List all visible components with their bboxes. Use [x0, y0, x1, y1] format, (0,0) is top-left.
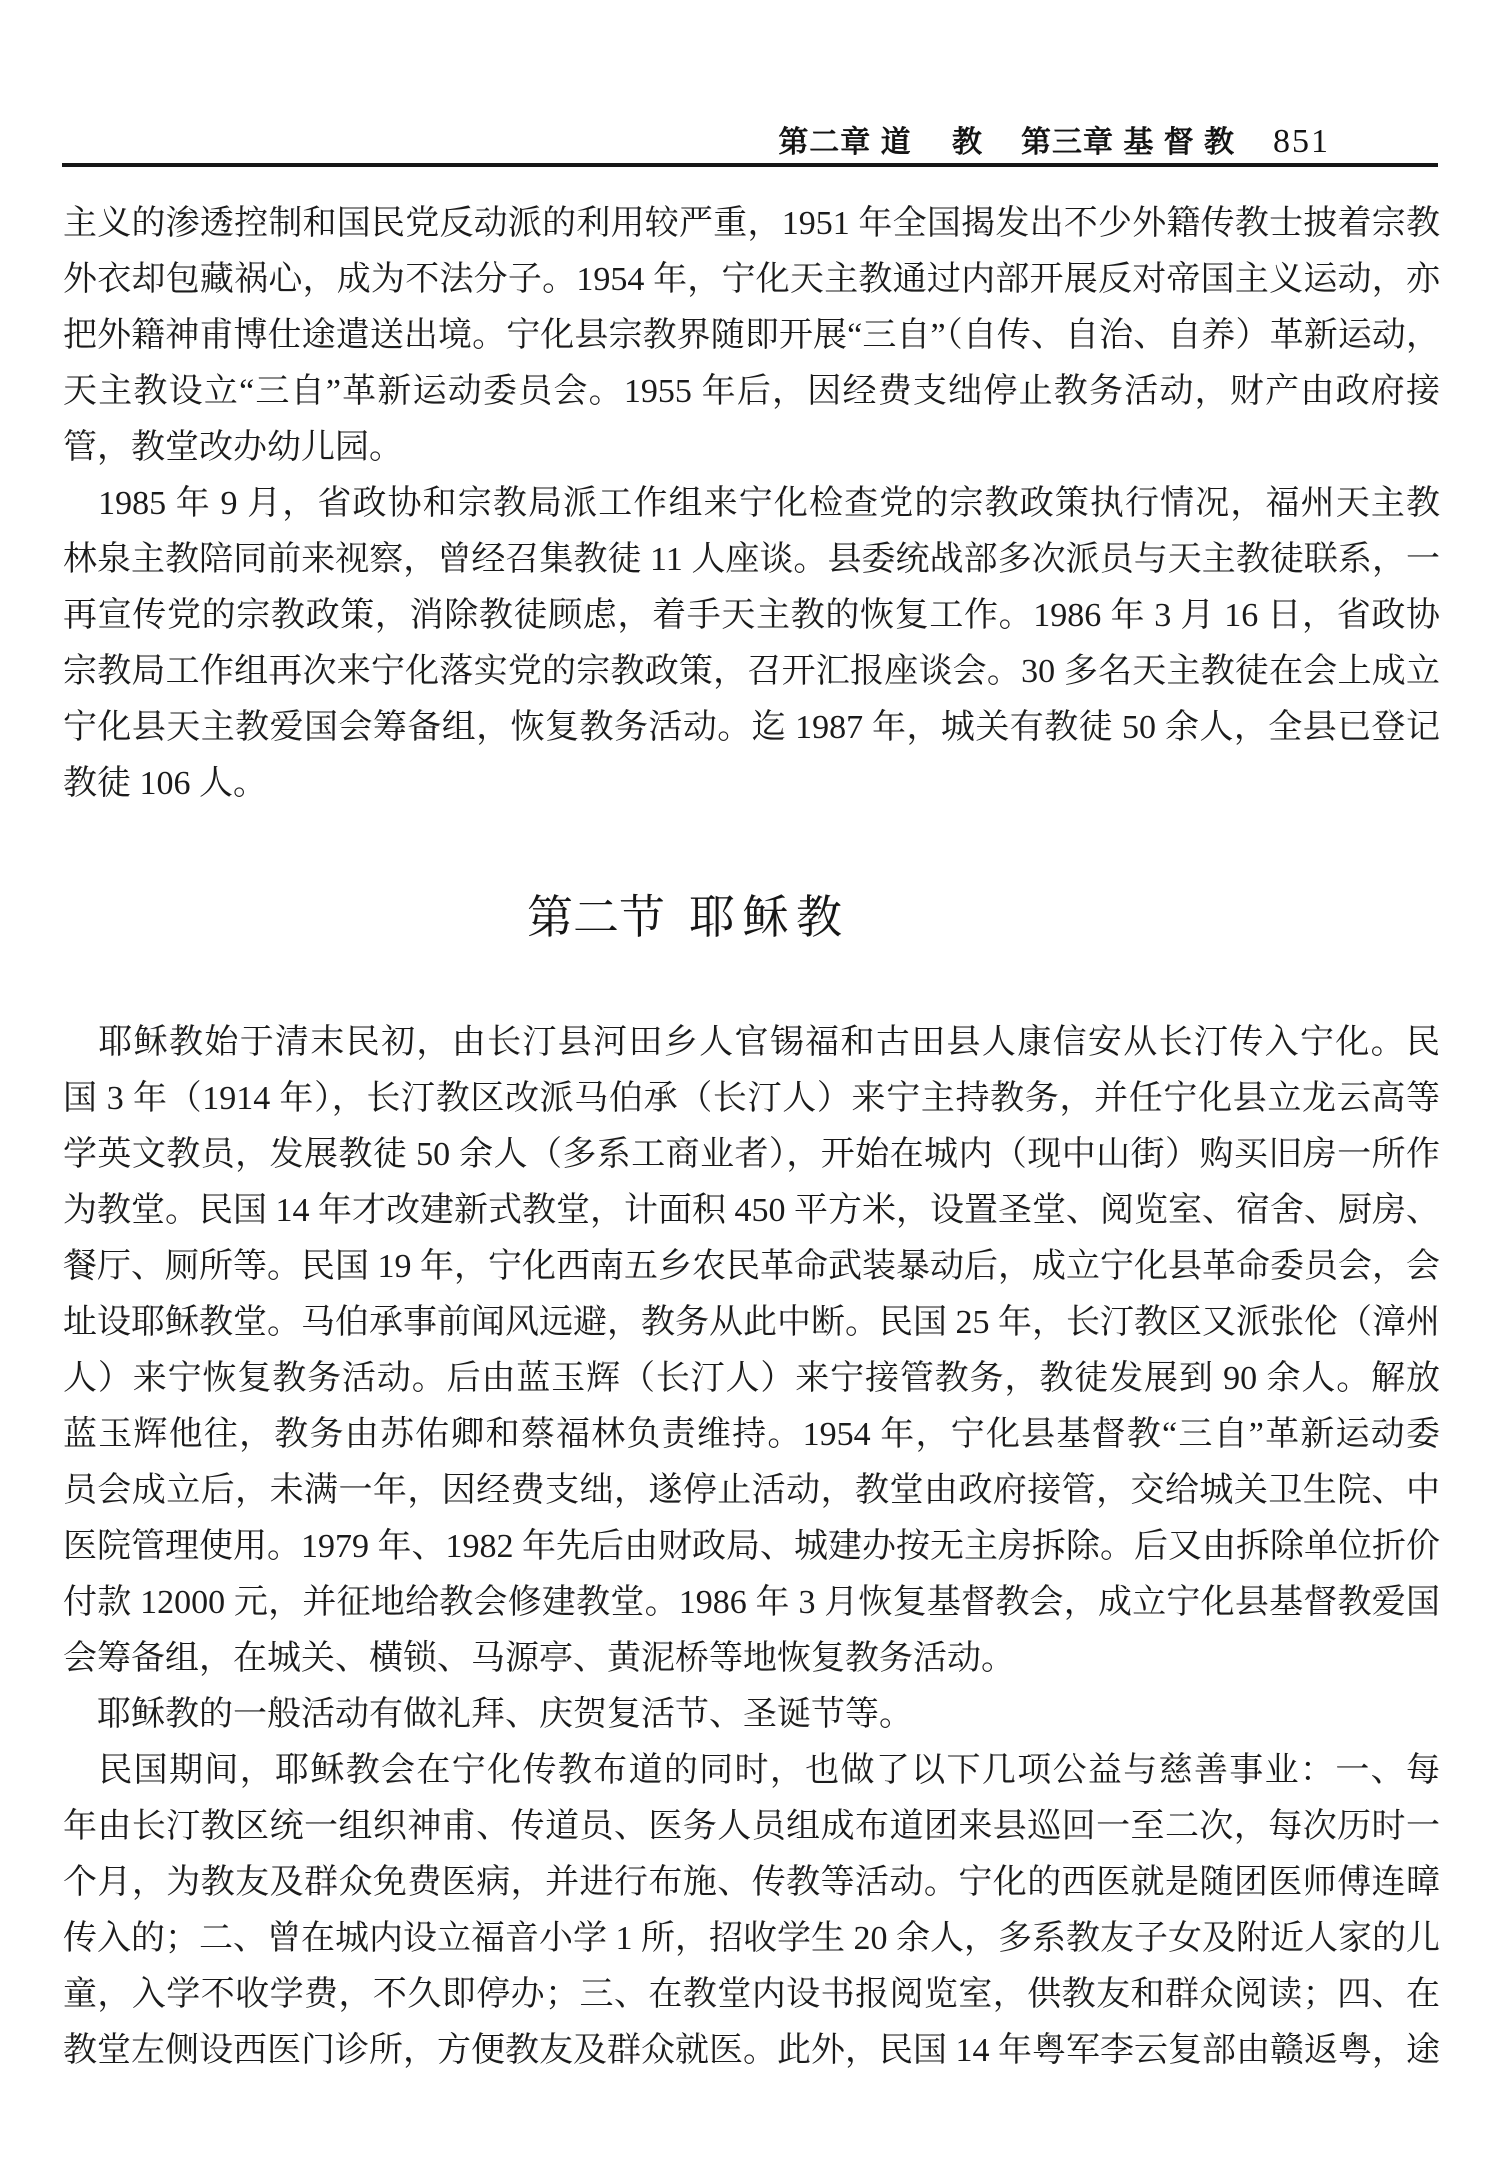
text-line: 蓝玉辉他往，教务由苏佑卿和蔡福林负责维持。1954 年，宁化县基督教“三自”革新… [63, 1407, 1440, 1463]
paragraph: 主义的渗透控制和国民党反动派的利用较严重，1951 年全国揭发出不少外籍传教士披… [63, 196, 1440, 476]
text-line: 年由长汀教区统一组织神甫、传道员、医务人员组成布道团来县巡回一至二次，每次历时一 [63, 1799, 1440, 1855]
section-name: 耶 稣 教 [689, 882, 842, 954]
text-line: 人）来宁恢复教务活动。后由蓝玉辉（长汀人）来宁接管教务，教徒发展到 90 余人。… [63, 1351, 1440, 1407]
text-line: 林泉主教陪同前来视察，曾经召集教徒 11 人座谈。县委统战部多次派员与天主教徒联… [63, 532, 1440, 588]
text-line: 管，教堂改办幼儿园。 [63, 420, 1440, 476]
text-line: 教堂左侧设西医门诊所，方便教友及群众就医。此外，民国 14 年粤军李云复部由赣返… [63, 2023, 1440, 2079]
text-line: 主义的渗透控制和国民党反动派的利用较严重，1951 年全国揭发出不少外籍传教士披… [63, 196, 1440, 252]
text-line: 耶稣教的一般活动有做礼拜、庆贺复活节、圣诞节等。 [63, 1687, 1440, 1743]
text-line: 再宣传党的宗教政策，消除教徒顾虑，着手天主教的恢复工作。1986 年 3 月 1… [63, 588, 1440, 644]
paragraph: 耶稣教的一般活动有做礼拜、庆贺复活节、圣诞节等。 [63, 1687, 1440, 1743]
header-divider [62, 163, 1438, 167]
text-line: 会筹备组，在城关、横锁、马源亭、黄泥桥等地恢复教务活动。 [63, 1631, 1440, 1687]
text-line: 个月，为教友及群众免费医病，并进行布施、传教等活动。宁化的西医就是随团医师傅连暲 [63, 1855, 1440, 1911]
text-line: 学英文教员，发展教徒 50 余人（多系工商业者），开始在城内（现中山街）购买旧房… [63, 1127, 1440, 1183]
running-header: 第二章 道 教 第三章 基 督 教 851 [778, 117, 1330, 161]
section-title: 第二节 耶 稣 教 [527, 882, 1440, 954]
text-line: 医院管理使用。1979 年、1982 年先后由财政局、城建办按无主房拆除。后又由… [63, 1519, 1440, 1575]
text-column: 主义的渗透控制和国民党反动派的利用较严重，1951 年全国揭发出不少外籍传教士披… [63, 196, 1440, 2079]
text-line: 1985 年 9 月，省政协和宗教局派工作组来宁化检查党的宗教政策执行情况，福州… [63, 476, 1440, 532]
text-line: 把外籍神甫博仕途遣送出境。宁化县宗教界随即开展“三自”（自传、自治、自养）革新运… [63, 308, 1440, 364]
paragraph: 民国期间，耶稣教会在宁化传教布道的同时，也做了以下几项公益与慈善事业：一、每年由… [63, 1743, 1440, 2079]
text-line: 宗教局工作组再次来宁化落实党的宗教政策，召开汇报座谈会。30 多名天主教徒在会上… [63, 644, 1440, 700]
paragraph: 耶稣教始于清末民初，由长汀县河田乡人官锡福和古田县人康信安从长汀传入宁化。民国 … [63, 1015, 1440, 1687]
text-line: 址设耶稣教堂。马伯承事前闻风远避，教务从此中断。民国 25 年，长汀教区又派张伦… [63, 1295, 1440, 1351]
section-number: 第二节 [527, 882, 665, 954]
text-line: 餐厅、厕所等。民国 19 年，宁化西南五乡农民革命武装暴动后，成立宁化县革命委员… [63, 1239, 1440, 1295]
text-line: 外衣却包藏祸心，成为不法分子。1954 年，宁化天主教通过内部开展反对帝国主义运… [63, 252, 1440, 308]
text-line: 民国期间，耶稣教会在宁化传教布道的同时，也做了以下几项公益与慈善事业：一、每 [63, 1743, 1440, 1799]
text-line: 员会成立后，未满一年，因经费支绌，遂停止活动，教堂由政府接管，交给城关卫生院、中 [63, 1463, 1440, 1519]
text-line: 付款 12000 元，并征地给教会修建教堂。1986 年 3 月恢复基督教会，成… [63, 1575, 1440, 1631]
text-line: 童，入学不收学费，不久即停办；三、在教堂内设书报阅览室，供教友和群众阅读；四、在 [63, 1967, 1440, 2023]
paragraph: 1985 年 9 月，省政协和宗教局派工作组来宁化检查党的宗教政策执行情况，福州… [63, 476, 1440, 812]
header-chapter-taoism: 第二章 道 教 [778, 117, 983, 161]
book-page: 第二章 道 教 第三章 基 督 教 851 主义的渗透控制和国民党反动派的利用较… [0, 0, 1500, 2182]
text-line: 耶稣教始于清末民初，由长汀县河田乡人官锡福和古田县人康信安从长汀传入宁化。民 [63, 1015, 1440, 1071]
text-line: 为教堂。民国 14 年才改建新式教堂，计面积 450 平方米，设置圣堂、阅览室、… [63, 1183, 1440, 1239]
text-line: 天主教设立“三自”革新运动委员会。1955 年后，因经费支绌停止教务活动，财产由… [63, 364, 1440, 420]
page-number: 851 [1273, 123, 1330, 161]
text-line: 教徒 106 人。 [63, 756, 1440, 812]
section-body-block: 耶稣教始于清末民初，由长汀县河田乡人官锡福和古田县人康信安从长汀传入宁化。民国 … [63, 1015, 1440, 2079]
header-chapter-christianity: 第三章 基 督 教 [1021, 117, 1235, 161]
text-line: 国 3 年（1914 年），长汀教区改派马伯承（长汀人）来宁主持教务，并任宁化县… [63, 1071, 1440, 1127]
text-line: 传入的；二、曾在城内设立福音小学 1 所，招收学生 20 余人，多系教友子女及附… [63, 1911, 1440, 1967]
intro-text-block: 主义的渗透控制和国民党反动派的利用较严重，1951 年全国揭发出不少外籍传教士披… [63, 196, 1440, 812]
text-line: 宁化县天主教爱国会筹备组，恢复教务活动。迄 1987 年，城关有教徒 50 余人… [63, 700, 1440, 756]
